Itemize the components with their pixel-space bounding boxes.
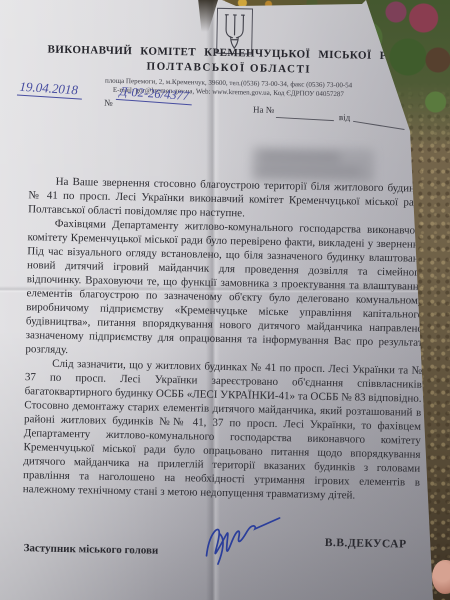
paragraph: Фахівцями Департаменту житлово-комунальн… [25,216,425,364]
reply-number-label: На № [253,105,275,115]
paragraph: Слід зазначити, що у житлових будинках №… [23,356,423,504]
reply-date-blank-line [353,121,405,130]
photo-of-document: ВИКОНАВЧИЙ КОМІТЕТ КРЕМЕНЧУЦЬКОЇ МІСЬКОЇ… [0,0,450,600]
outgoing-date-handwritten: 19.04.2018 [17,79,82,99]
signatory-name: В.В.ДЕКУСАР [325,537,407,551]
reply-from-label: від [339,112,351,122]
trident-icon [220,12,249,51]
signature-scrawl [193,506,310,575]
redacted-text-smudge [260,166,360,176]
signatory-title: Заступник міського голови [24,542,159,557]
number-label: № [104,98,113,108]
letter-content: ВИКОНАВЧИЙ КОМІТЕТ КРЕМЕНЧУЦЬКОЇ МІСЬКОЇ… [0,0,450,600]
document-paper: ВИКОНАВЧИЙ КОМІТЕТ КРЕМЕНЧУЦЬКОЇ МІСЬКОЇ… [0,0,450,600]
reply-number-blank-line [276,117,334,121]
redacted-text-smudge [260,152,340,162]
letter-body: На Ваше звернення стосовно благоустрою т… [23,174,426,504]
redacted-addressee-block [252,147,375,183]
